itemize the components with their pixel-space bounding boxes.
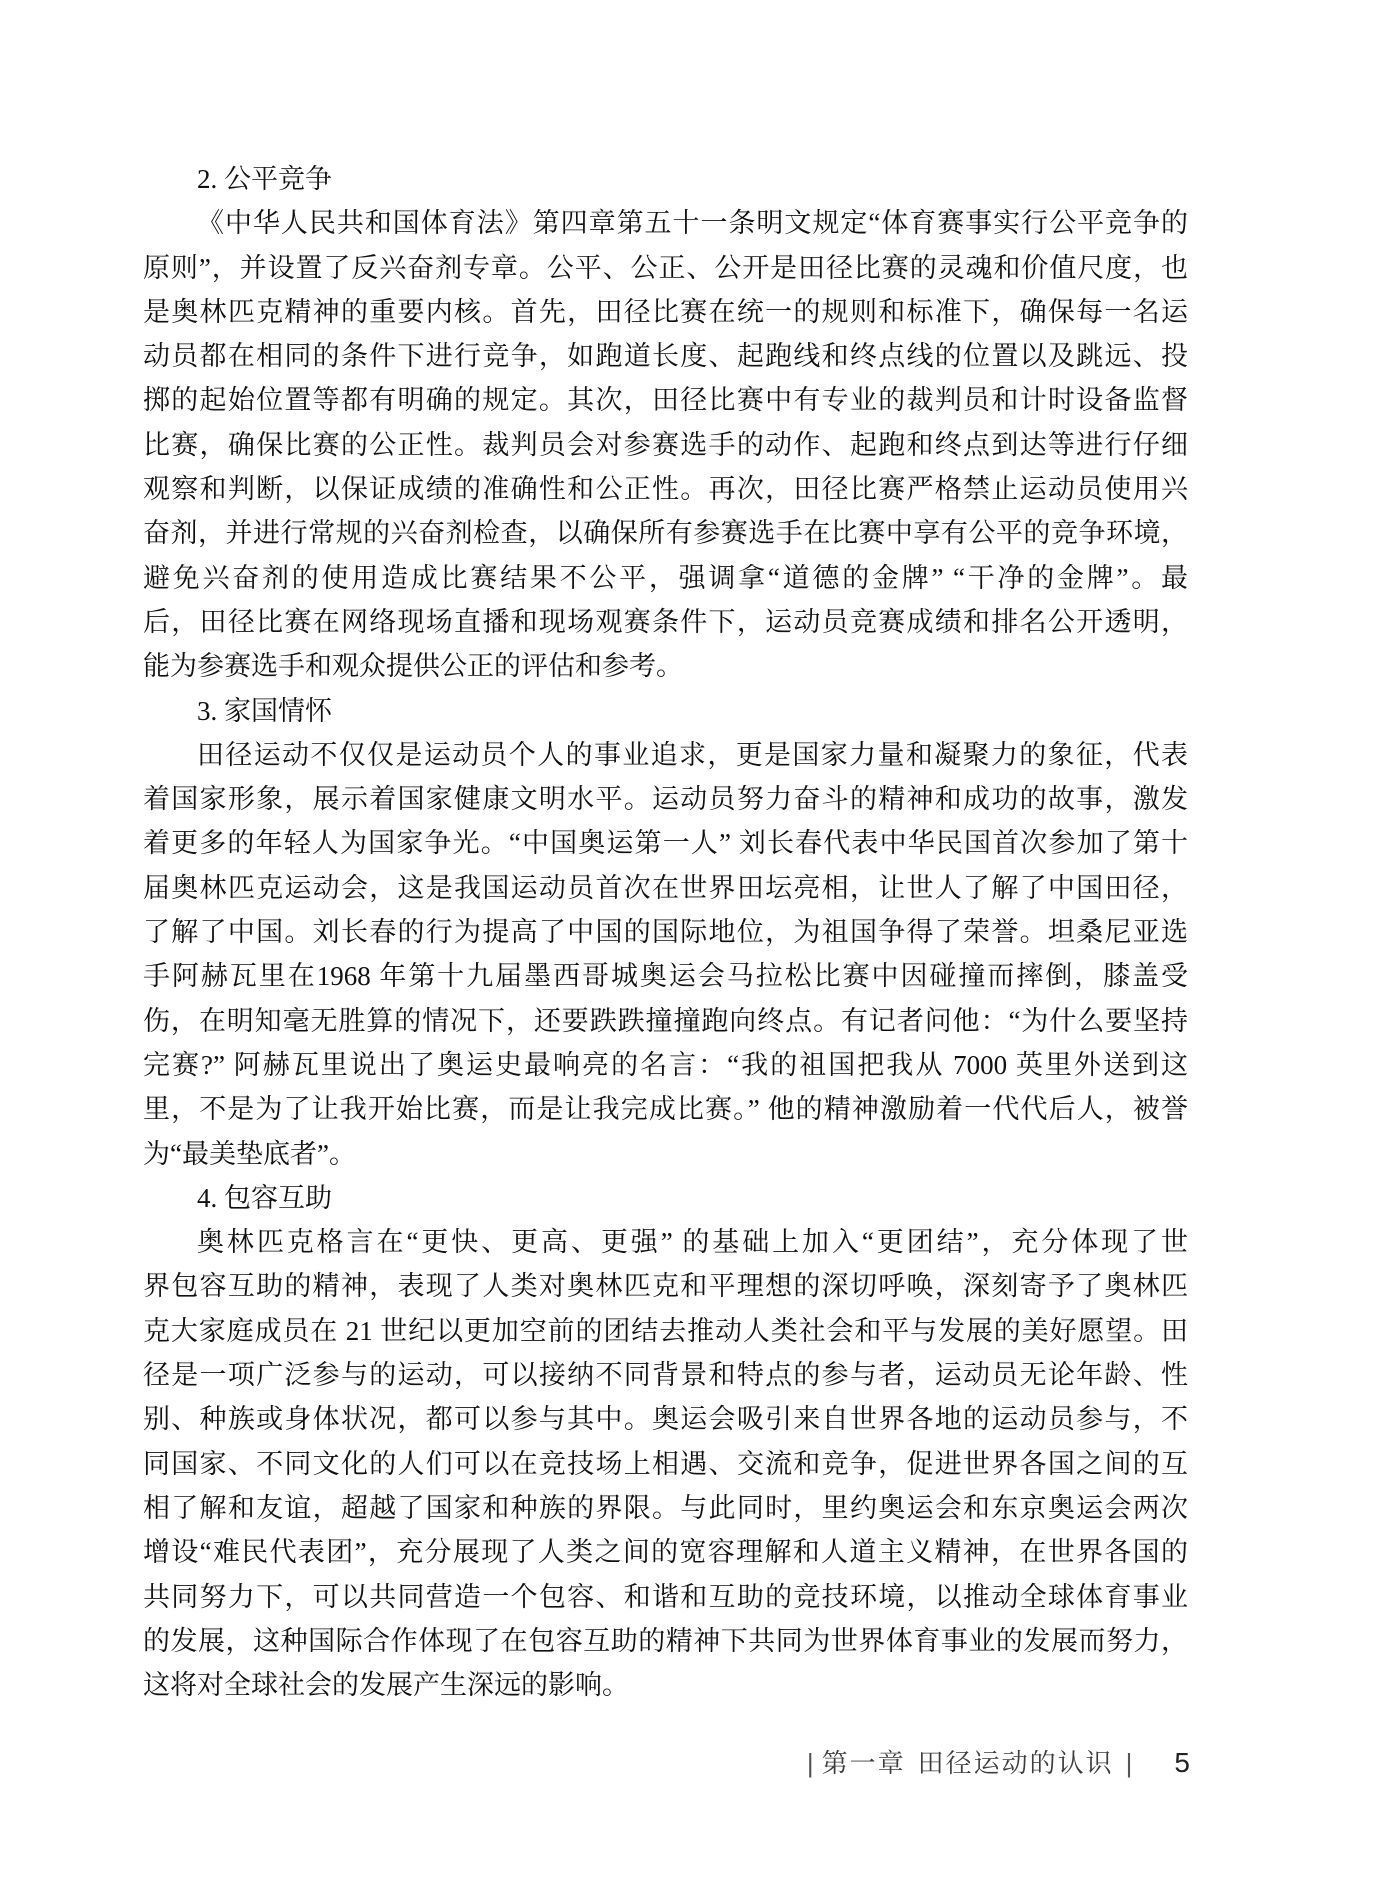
section-heading: 4. 包容互助	[143, 1176, 1188, 1220]
body-line: 奥林匹克格言在“更快、更高、更强” 的基础上加入“更团结”，充分体现了世	[143, 1220, 1188, 1264]
page-number: 5	[1174, 1748, 1190, 1778]
body-line: 奋剂，并进行常规的兴奋剂检查，以确保所有参赛选手在比赛中享有公平的竞争环境，	[143, 511, 1188, 555]
body-line: 着国家形象，展示着国家健康文明水平。运动员努力奋斗的精神和成功的故事，激发	[143, 777, 1188, 821]
body-line: 克大家庭成员在 21 世纪以更加空前的团结去推动人类社会和平与发展的美好愿望。田	[143, 1309, 1188, 1353]
section-heading: 3. 家国情怀	[143, 689, 1188, 733]
footer-chapter: 第一章	[822, 1748, 906, 1778]
body-line: 是奥林匹克精神的重要内核。首先，田径比赛在统一的规则和标准下，确保每一名运	[143, 290, 1188, 334]
footer-section-title: 田径运动的认识	[918, 1748, 1114, 1778]
body-line: 相了解和友谊，超越了国家和种族的界限。与此同时，里约奥运会和东京奥运会两次	[143, 1486, 1188, 1530]
section-heading: 2. 公平竞争	[143, 157, 1188, 201]
body-line: 共同努力下，可以共同营造一个包容、和谐和互助的竞技环境，以推动全球体育事业	[143, 1575, 1188, 1619]
body-line: 观察和判断，以保证成绩的准确性和公正性。再次，田径比赛严格禁止运动员使用兴	[143, 467, 1188, 511]
body-line: 的发展，这种国际合作体现了在包容互助的精神下共同为世界体育事业的发展而努力，	[143, 1619, 1188, 1663]
body-line: 手阿赫瓦里在1968 年第十九届墨西哥城奥运会马拉松比赛中因碰撞而摔倒，膝盖受	[143, 954, 1188, 998]
body-line: 届奥林匹克运动会，这是我国运动员首次在世界田坛亮相，让世人了解了中国田径，	[143, 866, 1188, 910]
body-line: 完赛?” 阿赫瓦里说出了奥运史最响亮的名言：“我的祖国把我从 7000 英里外送…	[143, 1043, 1188, 1087]
body-line: 增设“难民代表团”，充分展现了人类之间的宽容理解和人道主义精神，在世界各国的	[143, 1530, 1188, 1574]
body-line: 掷的起始位置等都有明确的规定。其次，田径比赛中有专业的裁判员和计时设备监督	[143, 378, 1188, 422]
body-line: 原则”，并设置了反兴奋剂专章。公平、公正、公开是田径比赛的灵魂和价值尺度，也	[143, 246, 1188, 290]
body-line: 同国家、不同文化的人们可以在竞技场上相遇、交流和竞争，促进世界各国之间的互	[143, 1442, 1188, 1486]
body-line: 这将对全球社会的发展产生深远的影响。	[143, 1663, 1188, 1707]
body-line: 田径运动不仅仅是运动员个人的事业追求，更是国家力量和凝聚力的象征，代表	[143, 733, 1188, 777]
body-line: 伤，在明知毫无胜算的情况下，还要跌跌撞撞跑向终点。有记者问他：“为什么要坚持	[143, 999, 1188, 1043]
book-page: 2. 公平竞争《中华人民共和国体育法》第四章第五十一条明文规定“体育赛事实行公平…	[0, 0, 1374, 1891]
body-line: 为“最美垫底者”。	[143, 1132, 1188, 1176]
body-line: 着更多的年轻人为国家争光。“中国奥运第一人” 刘长春代表中华民国首次参加了第十	[143, 821, 1188, 865]
footer-divider-right: |	[1120, 1748, 1141, 1778]
body-line: 《中华人民共和国体育法》第四章第五十一条明文规定“体育赛事实行公平竞争的	[143, 201, 1188, 245]
body-line: 别、种族或身体状况，都可以参与其中。奥运会吸引来自世界各地的运动员参与，不	[143, 1397, 1188, 1441]
body-line: 后，田径比赛在网络现场直播和现场观赛条件下，运动员竞赛成绩和排名公开透明，	[143, 600, 1188, 644]
text-block: 2. 公平竞争《中华人民共和国体育法》第四章第五十一条明文规定“体育赛事实行公平…	[143, 157, 1188, 1707]
body-line: 里，不是为了让我开始比赛，而是让我完成比赛。” 他的精神激励着一代代后人，被誉	[143, 1087, 1188, 1131]
body-line: 了解了中国。刘长春的行为提高了中国的国际地位，为祖国争得了荣誉。坦桑尼亚选	[143, 910, 1188, 954]
page-footer: | 第一章 田径运动的认识 | 5	[801, 1748, 1190, 1778]
footer-divider-left: |	[801, 1748, 822, 1778]
body-line: 径是一项广泛参与的运动，可以接纳不同背景和特点的参与者，运动员无论年龄、性	[143, 1353, 1188, 1397]
body-line: 避免兴奋剂的使用造成比赛结果不公平，强调拿“道德的金牌” “干净的金牌”。最	[143, 556, 1188, 600]
body-line: 动员都在相同的条件下进行竞争，如跑道长度、起跑线和终点线的位置以及跳远、投	[143, 334, 1188, 378]
body-line: 能为参赛选手和观众提供公正的评估和参考。	[143, 644, 1188, 688]
body-line: 比赛，确保比赛的公正性。裁判员会对参赛选手的动作、起跑和终点到达等进行仔细	[143, 423, 1188, 467]
body-line: 界包容互助的精神，表现了人类对奥林匹克和平理想的深切呼唤，深刻寄予了奥林匹	[143, 1264, 1188, 1308]
